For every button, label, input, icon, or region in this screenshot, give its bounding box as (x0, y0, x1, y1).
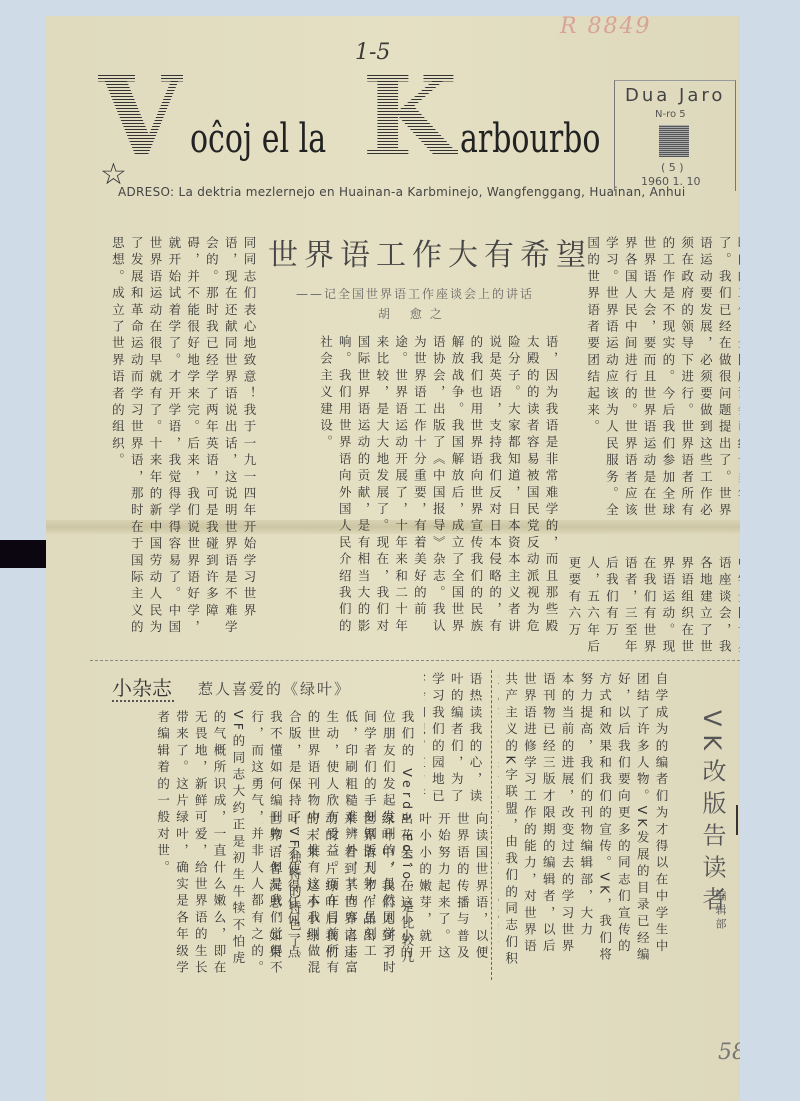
section-divider (90, 660, 750, 661)
issue-sub: N-ro 5 (655, 109, 686, 120)
pen-mark (736, 805, 738, 835)
vk-notice-author: 编辑部 (712, 890, 728, 932)
vk-notice-title: VK改版告读者 (695, 710, 730, 918)
article1-subtitle: ——记全国世界语工作座谈会上的讲话 (296, 285, 534, 302)
article2-column-5: 自学成为的编者们为才得以在中学生中团结了许多人物。VK发展的目录已经编好，以后我… (580, 672, 670, 972)
masthead-text-2: arbourbo (460, 116, 600, 162)
article2-column-3: 向读国世界语，以便世界语的传播与普及开始努力起来了。这叶小小的嫩芽，就开出花朵，… (262, 812, 490, 967)
masthead-text-1: oĉoj el la (190, 116, 326, 162)
title-underline (112, 700, 174, 702)
article1-column-right-cont: 中学全国世界语座谈会，我各地建立了世界语组织在世界语运动。现在我们有世界语者，三… (566, 556, 752, 660)
address-line: ADRESO: La dektria mezlernejo en Huainan… (118, 185, 685, 199)
scan-edge-bar (0, 540, 46, 568)
scan-background-right (740, 0, 800, 1101)
masthead-letter-k: K (362, 62, 458, 172)
article1-column-right: 时间的工作，全国座谈会已经十多年了。我们已经在做很问题提出了。世界语运动要发展，… (560, 236, 752, 536)
column-separator (491, 670, 492, 980)
issue-year: Dua Jaro (625, 85, 725, 106)
article2-column-2: 语热读我的心，读叶的编者们，为了学习我们的园地已学会知识，在力所能及的范围内，在 (424, 672, 484, 822)
article2-column-4: 本的当前的进展，改变过去的学习世界语刊物已经三版才限期的编辑者，以后世界语进修学… (498, 672, 576, 972)
article2-title: 小杂志 (112, 672, 172, 701)
article1-column-middle: 语，因为我语是非常难学的，而且那些殿太殿的的读者容易被国民党反动派视为危险分子。… (260, 335, 560, 647)
issue-block-icon (659, 125, 689, 157)
issue-box: Dua Jaro N-ro 5 ( 5 ) 1960 1. 10 (614, 80, 736, 191)
masthead-letter-v: V (98, 62, 183, 172)
issue-number: ( 5 ) (661, 161, 684, 174)
article2-subtitle: 惹人喜爱的《绿叶》 (198, 678, 351, 699)
article1-author: 胡 愈之 (378, 305, 450, 322)
article1-column-left: 同同志们表心地致意！我于一九一四年开始学习世界语，现在还献同世界语说出话，这说明… (88, 236, 258, 646)
red-stamp-note: R 8849 (560, 14, 652, 39)
issue-date: 1960 1. 10 (641, 175, 700, 188)
article1-title: 世界语工作大有希望 (268, 230, 592, 274)
